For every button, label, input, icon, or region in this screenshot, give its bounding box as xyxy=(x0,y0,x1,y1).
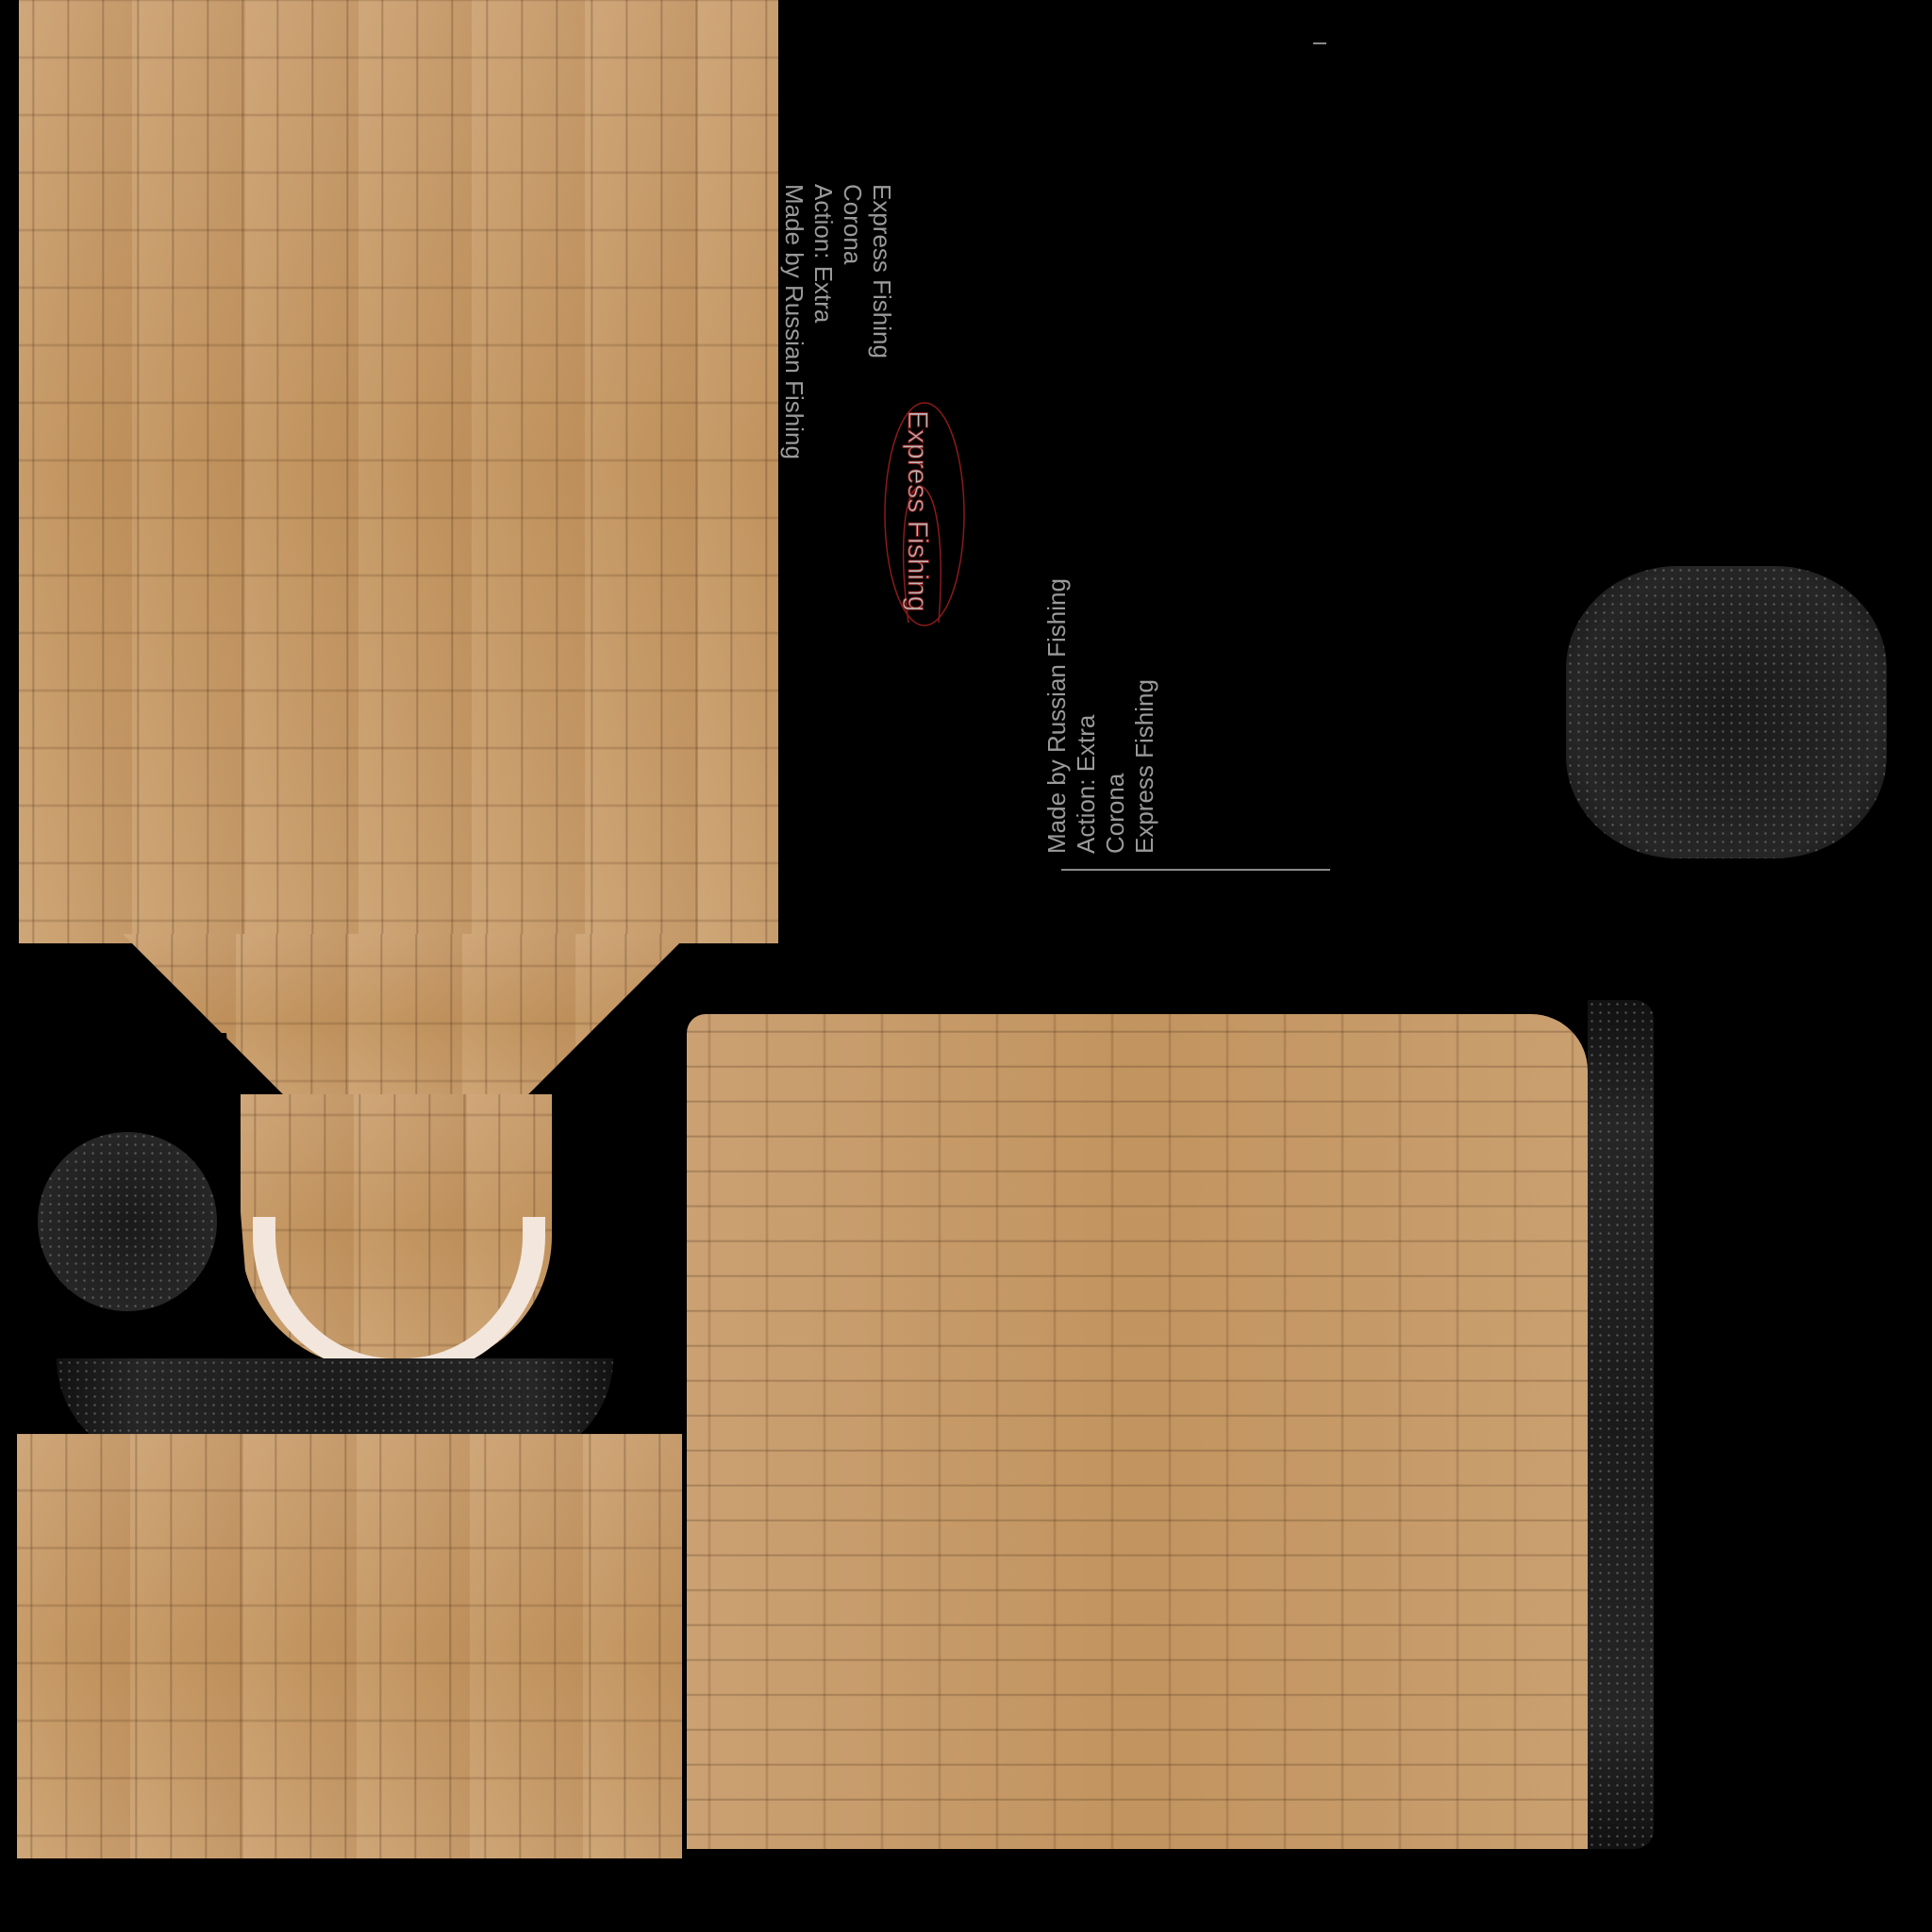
cork-panel-bottom-left xyxy=(17,1434,682,1858)
seam-tick xyxy=(1313,42,1326,44)
seam-white-strip xyxy=(253,1217,545,1377)
mirrored-label-maker: Made by Russian Fishing xyxy=(1042,203,1072,854)
mirrored-label-model: Corona xyxy=(1101,222,1130,854)
brand-logo: Express Fishing xyxy=(882,401,967,627)
mirrored-label-action: Action: Extra xyxy=(1072,222,1101,854)
logo-text: Express Fishing xyxy=(901,410,933,611)
mirrored-label-brand: Express Fishing xyxy=(1130,184,1159,854)
label-column: Express Fishing Corona Action: Extra Mad… xyxy=(779,184,896,459)
cork-panel-top-left xyxy=(19,0,778,943)
label-brand: Express Fishing xyxy=(867,184,896,422)
mirrored-label-column: Made by Russian Fishing Action: Extra Co… xyxy=(1042,184,1159,854)
label-model: Corona xyxy=(838,184,867,422)
cork-panel-right xyxy=(687,1014,1588,1849)
rubber-strip-right xyxy=(1588,1000,1654,1849)
label-maker: Made by Russian Fishing xyxy=(779,184,808,459)
rubber-disc-left xyxy=(38,1132,217,1311)
rubber-cap-top-right xyxy=(1566,566,1887,858)
label-action: Action: Extra xyxy=(808,184,838,441)
seam-line xyxy=(1061,869,1330,871)
